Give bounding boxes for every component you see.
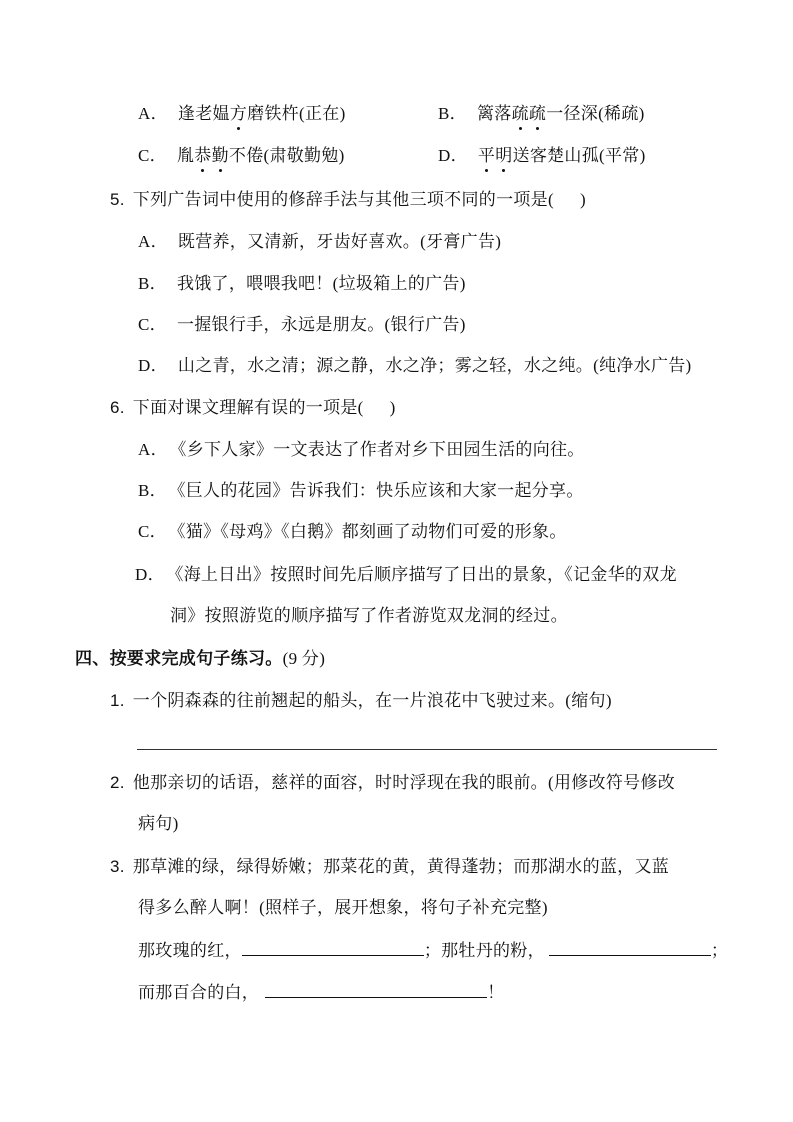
- q6-option-a: A．《乡下人家》一文表达了作者对乡下田园生活的向往。: [138, 439, 585, 461]
- answer-line[interactable]: [137, 749, 717, 750]
- q5-stem: 5.下列广告词中使用的修辞手法与其他三项不同的一项是(): [110, 189, 586, 211]
- q6-stem: 6.下面对课文理解有误的一项是(): [110, 397, 396, 419]
- dotted-char: 平: [478, 145, 495, 167]
- s4-item-3-fill-row-2: 而那百合的白，！: [138, 981, 504, 1004]
- s4-item-3-continued: 得多么醉人啊！(照样子，展开想象，将句子补充完整): [138, 897, 548, 919]
- q5-option-a: A．既营养，又清新，牙齿好喜欢。(牙膏广告): [138, 231, 501, 253]
- dotted-char: 恭: [194, 145, 211, 167]
- q5-option-b: B．我饿了，喂喂我吧！(垃圾箱上的广告): [138, 273, 466, 295]
- q6-option-d-continued: 洞》按照游览的顺序描写了作者游览双龙洞的经过。: [170, 605, 568, 627]
- option-letter: C．: [138, 146, 167, 165]
- question-number: 1.: [110, 691, 125, 710]
- option-letter: A．: [138, 104, 168, 123]
- dotted-char: 疏: [512, 103, 529, 125]
- q6-option-d: D．《海上日出》按照时间先后顺序描写了日出的景象，《记金华的双龙: [135, 564, 677, 586]
- dotted-char: 疏: [529, 103, 546, 125]
- question-text: 一个阴森森的往前翘起的船头，在一片浪花中飞驶过来。(缩句): [133, 691, 612, 710]
- question-number: 5.: [110, 190, 125, 209]
- s4-item-1: 1.一个阴森森的往前翘起的船头，在一片浪花中飞驶过来。(缩句): [110, 690, 612, 712]
- q5-option-d: D．山之青，水之清；源之静，水之净；雾之轻，水之纯。(纯净水广告): [138, 355, 692, 377]
- q4-option-d: D．平明送客楚山孤(平常): [438, 145, 646, 167]
- question-number: 6.: [110, 398, 125, 417]
- q5-option-c: C．一握银行手，永远是朋友。(银行广告): [138, 314, 466, 336]
- q6-option-b: B．《巨人的花园》告诉我们：快乐应该和大家一起分享。: [138, 480, 584, 502]
- q4-option-a: A．逢老媪方磨铁杵(正在): [138, 103, 346, 125]
- q6-option-c: C．《猫》《母鸡》《白鹅》都刻画了动物们可爱的形象。: [138, 521, 567, 543]
- s4-item-3-fill-row-1: 那玫瑰的红，；那牡丹的粉，；: [138, 939, 728, 962]
- q4-option-b: B．篱落疏疏一径深(稀疏): [438, 103, 645, 125]
- s4-item-2: 2.他那亲切的话语，慈祥的面容，时时浮现在我的眼前。(用修改符号修改: [110, 772, 675, 794]
- s4-item-2-continued: 病句): [138, 813, 179, 835]
- question-text: 那草滩的绿，绿得娇嫩；那菜花的黄，黄得蓬勃；而那湖水的蓝，又蓝: [133, 857, 669, 876]
- question-text: 他那亲切的话语，慈祥的面容，时时浮现在我的眼前。(用修改符号修改: [133, 773, 675, 792]
- question-text: 下面对课文理解有误的一项是(: [133, 398, 364, 417]
- fill-blank-rose[interactable]: [242, 939, 424, 956]
- dotted-char: 明: [495, 145, 512, 167]
- section-points: (9 分): [283, 649, 326, 668]
- fill-blank-peony[interactable]: [549, 939, 711, 956]
- question-text: 下列广告词中使用的修辞手法与其他三项不同的一项是(: [133, 190, 554, 209]
- option-letter: B．: [438, 104, 467, 123]
- question-number: 2.: [110, 773, 125, 792]
- q4-option-c: C．胤恭勤不倦(肃敬勤勉): [138, 145, 345, 167]
- fill-blank-lily[interactable]: [265, 981, 487, 998]
- s4-item-3: 3.那草滩的绿，绿得娇嫩；那菜花的黄，黄得蓬勃；而那湖水的蓝，又蓝: [110, 856, 669, 878]
- dotted-char: 勤: [212, 145, 229, 167]
- option-letter: D．: [438, 146, 468, 165]
- question-number: 3.: [110, 857, 125, 876]
- section-title: 四、按要求完成句子练习。(9 分): [75, 648, 325, 670]
- dotted-char: 方: [230, 103, 247, 125]
